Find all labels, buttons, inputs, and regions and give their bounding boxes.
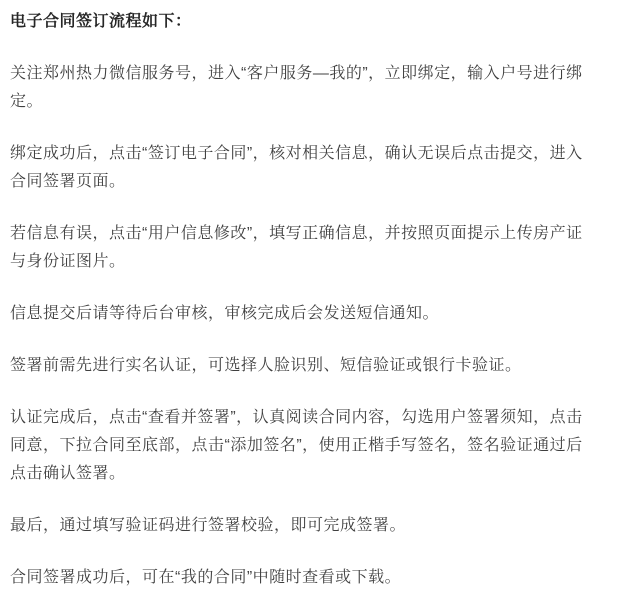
paragraph-bind-account: 关注郑州热力微信服务号，进入“客户服务—我的”，立即绑定，输入户号进行绑 定。 [10,60,611,116]
paragraph-review-notice: 信息提交后请等待后台审核，审核完成后会发送短信通知。 [10,300,611,328]
paragraph-correct-info: 若信息有误，点击“用户信息修改”，填写正确信息，并按照页面提示上传房产证 与身份… [10,220,611,276]
paragraph-verification-code: 最后，通过填写验证码进行签署校验，即可完成签署。 [10,512,611,540]
contract-signing-instructions-document: 电子合同签订流程如下： 关注郑州热力微信服务号，进入“客户服务—我的”，立即绑定… [0,0,621,602]
paragraph-identity-verification: 签署前需先进行实名认证，可选择人脸识别、短信验证或银行卡验证。 [10,352,611,380]
paragraph-view-download: 合同签署成功后，可在“我的合同”中随时查看或下载。 [10,564,611,592]
paragraph-sign-steps: 认证完成后，点击“查看并签署”，认真阅读合同内容，勾选用户签署须知，点击 同意，… [10,404,611,488]
document-title: 电子合同签订流程如下： [10,8,611,36]
paragraph-sign-contract-entry: 绑定成功后，点击“签订电子合同”，核对相关信息，确认无误后点击提交，进入 合同签… [10,140,611,196]
